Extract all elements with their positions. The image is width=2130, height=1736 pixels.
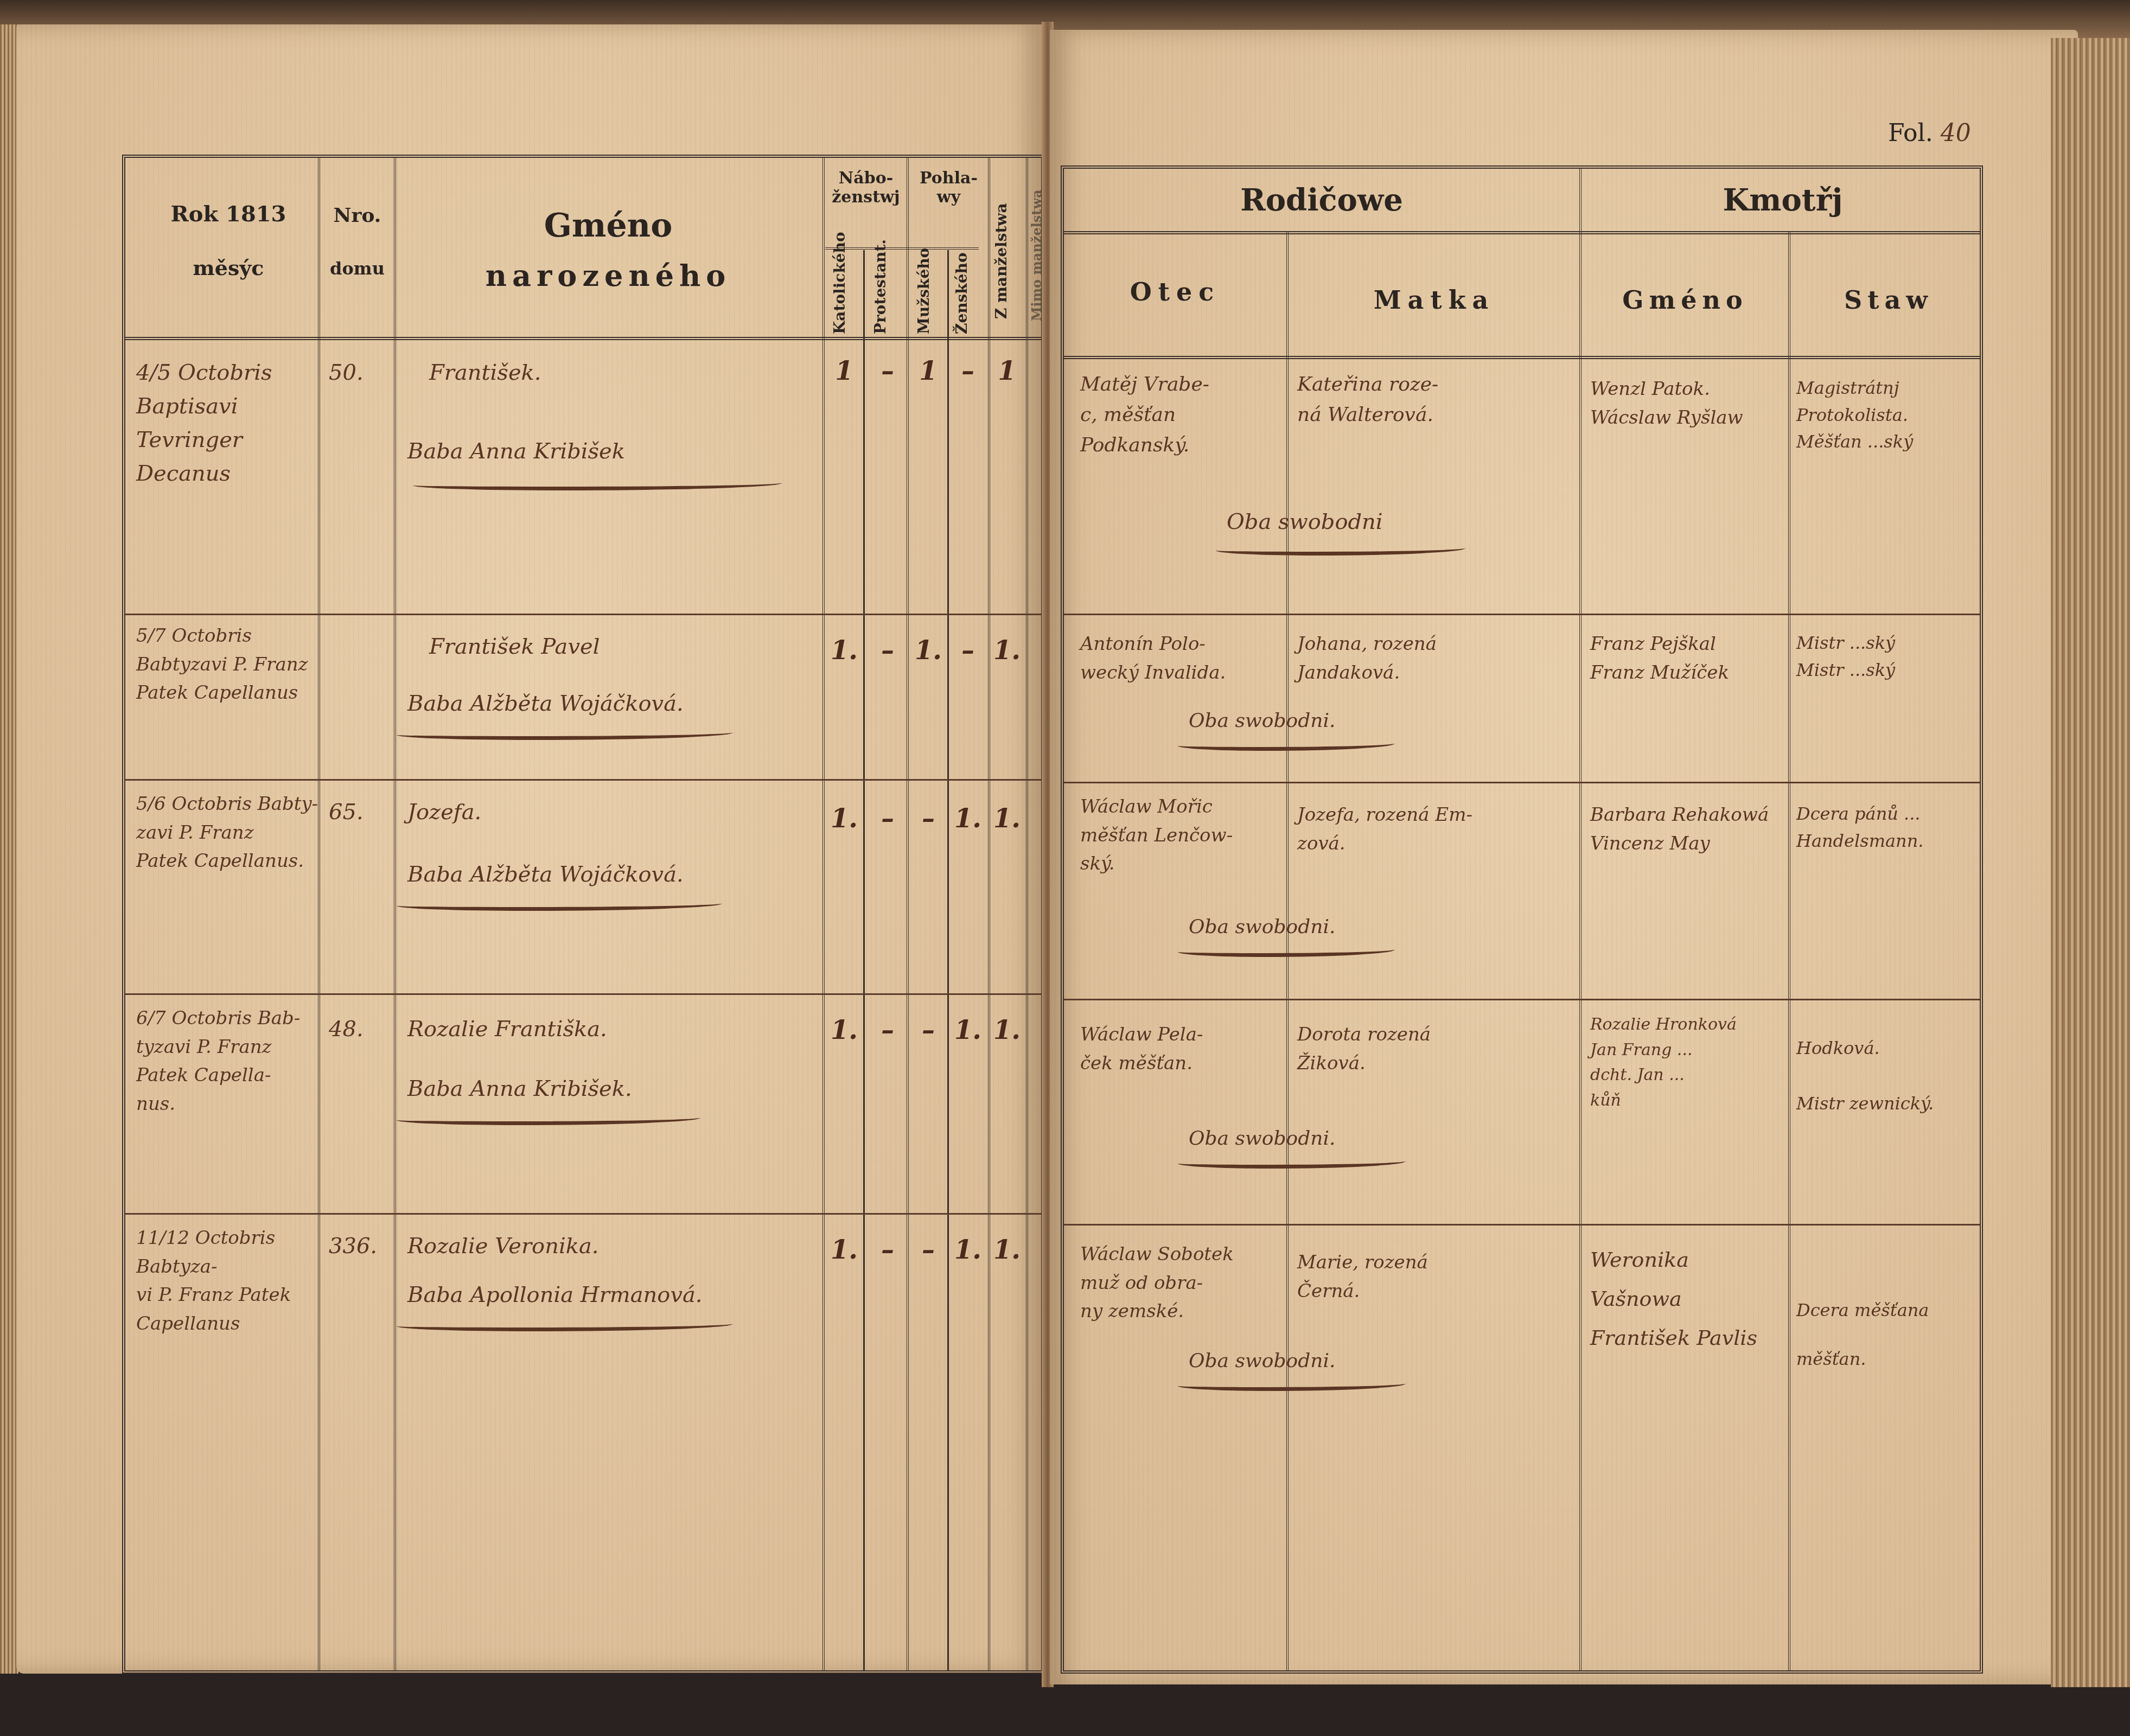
header-godparents: Kmotřj [1582, 182, 1984, 218]
header-divider [1064, 356, 1980, 359]
entry-midwife: Baba Anna Kribišek. [407, 1072, 632, 1106]
entry-godparent-status: Mistr ...ský Mistr ...ský [1796, 630, 1992, 684]
flourish-underline [397, 898, 722, 911]
entry-date-baptizer: 5/6 Octobris Babty- zavi P. Franz Patek … [136, 790, 321, 876]
col-divider [318, 158, 320, 1670]
entry-godparent-names: Wenzl Patok. Wácslaw Ryšlaw [1590, 375, 1785, 432]
mark-catholic: 1. [825, 803, 863, 834]
entry-house-number: 50. [329, 356, 363, 390]
mark-legitimate: 1 [988, 356, 1026, 386]
col-divider [947, 250, 949, 1670]
entry-godparent-status: Dcera měšťana měšťan. [1796, 1286, 1992, 1383]
entry-midwife: Baba Alžběta Wojáčková. [407, 687, 684, 720]
entry-parents-status: Oba swobodni [1227, 505, 1383, 539]
col-divider [863, 250, 865, 1670]
header-year: Rok 1813 [147, 201, 310, 227]
entry-divider [125, 1213, 1041, 1215]
mark-male: – [909, 803, 947, 834]
entry-mother: Marie, rozená Černá. [1297, 1248, 1579, 1305]
entry-house-number: 48. [329, 1012, 363, 1046]
folio-number: 40 [1941, 119, 1971, 147]
entry-parents-status: Oba swobodni. [1189, 1124, 1335, 1154]
mark-female: 1. [949, 1015, 987, 1045]
entry-father: Antonín Polo- wecký Invalida. [1080, 630, 1286, 687]
mark-catholic: 1 [825, 356, 863, 386]
header-divider [125, 337, 1041, 340]
col-divider [1788, 231, 1790, 1670]
flourish-underline [1216, 543, 1465, 556]
entry-date-baptizer: 11/12 Octobris Babtyza- vi P. Franz Pate… [136, 1224, 321, 1338]
mark-legitimate: 1. [988, 1015, 1026, 1045]
entry-godparent-status: Dcera pánů ... Handelsmann. [1796, 801, 1992, 854]
entry-divider [1064, 1224, 1980, 1226]
left-page-edges [0, 24, 18, 1674]
col-divider [1579, 169, 1581, 1670]
header-mother: Matka [1289, 285, 1579, 315]
header-name-born: narozeného [397, 258, 820, 293]
mark-protestant: – [869, 356, 907, 386]
entry-godparent-names: Weronika Vašnowa František Pavlis [1590, 1240, 1785, 1358]
entry-child-name: Rozalie Veronika. [407, 1229, 599, 1263]
mark-legitimate: 1. [988, 635, 1026, 666]
entry-mother: Kateřina roze- ná Walterová. [1297, 369, 1579, 430]
mark-protestant: – [869, 635, 907, 666]
col-divider [394, 158, 396, 1670]
header-house-no: Nro. [323, 204, 391, 227]
entry-midwife: Baba Anna Kribišek [407, 435, 625, 468]
entry-godparent-names: Rozalie Hronková Jan Frang ... dcht. Jan… [1590, 1012, 1785, 1113]
mark-catholic: 1. [825, 635, 863, 666]
mark-protestant: – [869, 1235, 907, 1265]
flourish-underline [1178, 944, 1395, 957]
mark-catholic: 1. [825, 1015, 863, 1045]
right-page: Fol. 40 Rodičowe Kmotřj Otec Matka Gméno… [1050, 30, 2078, 1684]
entry-godparent-names: Barbara Rehakowá Vincenz May [1590, 801, 1785, 858]
entry-house-number: 336. [329, 1229, 377, 1263]
mark-legitimate: 1. [988, 803, 1026, 834]
flourish-underline [1178, 1378, 1406, 1391]
entry-midwife: Baba Apollonia Hrmanová. [407, 1278, 703, 1312]
header-male: Mužského [915, 253, 945, 334]
flourish-underline [413, 478, 782, 490]
entry-date-baptizer: 4/5 Octobris Baptisavi Tevringer Decanus [136, 356, 315, 490]
entry-child-name: Jozefa. [407, 795, 481, 829]
entry-godparent-names: Franz Pejškal Franz Mužíček [1590, 630, 1785, 687]
col-divider [822, 158, 825, 1670]
header-name: Gméno [397, 207, 820, 245]
mark-protestant: – [869, 803, 907, 834]
entry-divider [125, 993, 1041, 995]
entry-father: Wáclaw Pela- ček měšťan. [1080, 1020, 1286, 1077]
col-divider [1026, 158, 1028, 1670]
header-legitimate: Z manželstwa [992, 190, 1022, 331]
entry-father: Wáclaw Mořic měšťan Lenčow- ský. [1080, 793, 1286, 878]
entry-father: Wáclaw Sobotek muž od obra- ny zemské. [1080, 1240, 1286, 1326]
mark-female: 1. [949, 1235, 987, 1265]
entry-godparent-status: Magistrátnj Protokolista. Měšťan ...ský [1796, 375, 1992, 456]
flourish-underline [397, 1113, 700, 1125]
mark-female: – [949, 356, 987, 386]
mark-protestant: – [869, 1015, 907, 1045]
entry-date-baptizer: 5/7 Octobris Babtyzavi P. Franz Patek Ca… [136, 622, 321, 707]
entry-midwife: Baba Alžběta Wojáčková. [407, 858, 684, 891]
flourish-underline [1178, 738, 1395, 751]
entry-child-name: František. [429, 356, 541, 390]
entry-godparent-status: Hodková. Mistr zewnický. [1796, 1020, 1992, 1132]
mark-catholic: 1. [825, 1235, 863, 1265]
flourish-underline [1178, 1156, 1406, 1169]
header-sex-group: Pohla- wy [909, 169, 988, 207]
right-page-edges [2051, 38, 2130, 1687]
entry-father: Matěj Vrabe- c, měšťan Podkanský. [1080, 369, 1286, 460]
flourish-underline [397, 1319, 733, 1331]
header-protestant: Protestant. [871, 253, 901, 334]
left-page: Rok 1813 měsýc Nro. domu Gméno narozenéh… [16, 24, 1044, 1674]
folio-marker: Fol. 40 [1888, 119, 1971, 147]
right-register-table: Rodičowe Kmotřj Otec Matka Gméno Staw Ma… [1061, 165, 1983, 1674]
header-religion-group: Nábo- ženstwj [825, 169, 907, 207]
entry-parents-status: Oba swobodni. [1189, 706, 1335, 736]
header-godparent-status: Staw [1791, 285, 1986, 315]
mark-male: 1. [909, 635, 947, 666]
left-register-table: Rok 1813 měsýc Nro. domu Gméno narozenéh… [122, 155, 1044, 1674]
header-godparent-name: Gméno [1582, 285, 1788, 315]
entry-house-number: 65. [329, 795, 363, 829]
entry-divider [1064, 614, 1980, 615]
mark-male: 1 [909, 356, 947, 386]
entry-divider [1064, 782, 1980, 783]
col-divider [907, 158, 909, 1670]
header-catholic: Katolického [831, 253, 860, 334]
mark-male: – [909, 1015, 947, 1045]
entry-parents-status: Oba swobodni. [1189, 1346, 1335, 1376]
entry-parents-status: Oba swobodni. [1189, 912, 1335, 942]
entry-divider [125, 614, 1041, 615]
header-parents: Rodičowe [1064, 182, 1579, 218]
entry-child-name: Rozalie Františka. [407, 1012, 607, 1046]
header-father: Otec [1064, 277, 1286, 307]
entry-mother: Dorota rozená Žiková. [1297, 1020, 1579, 1077]
header-group-divider [1064, 231, 1980, 234]
header-month: měsýc [147, 256, 310, 280]
entry-mother: Jozefa, rozená Em- zová. [1297, 801, 1579, 858]
entry-date-baptizer: 6/7 Octobris Bab- tyzavi P. Franz Patek … [136, 1004, 321, 1119]
flourish-underline [397, 727, 733, 740]
header-female: Ženského [953, 253, 983, 334]
folio-label: Fol. [1888, 119, 1933, 147]
entry-mother: Johana, rozená Jandaková. [1297, 630, 1579, 687]
entry-divider [1064, 999, 1980, 1000]
entry-child-name: František Pavel [429, 630, 600, 663]
entry-divider [125, 779, 1041, 781]
mark-male: – [909, 1235, 947, 1265]
header-house-label: domu [323, 258, 391, 279]
mark-female: 1. [949, 803, 987, 834]
mark-legitimate: 1. [988, 1235, 1026, 1265]
mark-female: – [949, 635, 987, 666]
